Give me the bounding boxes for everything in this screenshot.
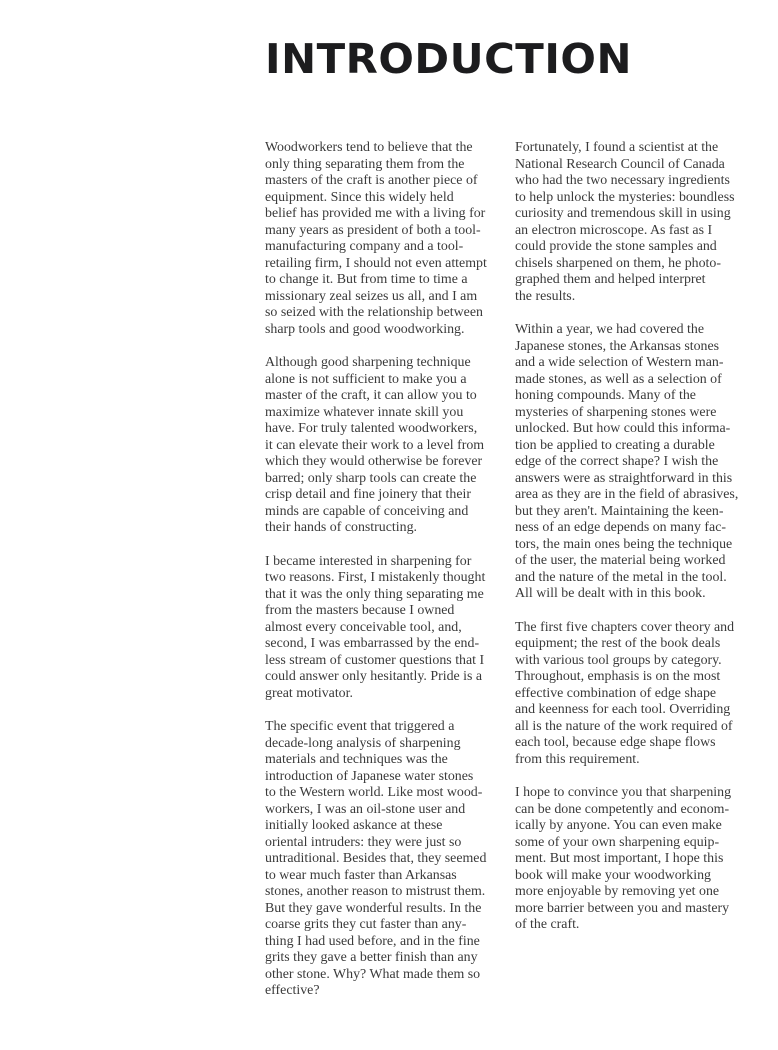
paragraph: Although good sharpening technique alone…	[265, 355, 493, 537]
paragraph: I became interested in sharpening for tw…	[265, 554, 493, 703]
page-title: INTRODUCTION	[265, 36, 632, 82]
paragraph: The specific event that triggered a deca…	[265, 719, 493, 1000]
paragraph: Fortunately, I found a scientist at the …	[515, 140, 743, 305]
paragraph: I hope to convince you that sharpening c…	[515, 785, 743, 934]
paragraph: The first five chapters cover theory and…	[515, 620, 743, 769]
paragraph: Within a year, we had covered the Japane…	[515, 322, 743, 603]
left-column: Woodworkers tend to believe that the onl…	[265, 140, 493, 1017]
paragraph: Woodworkers tend to believe that the onl…	[265, 140, 493, 338]
right-column: Fortunately, I found a scientist at the …	[515, 140, 743, 951]
